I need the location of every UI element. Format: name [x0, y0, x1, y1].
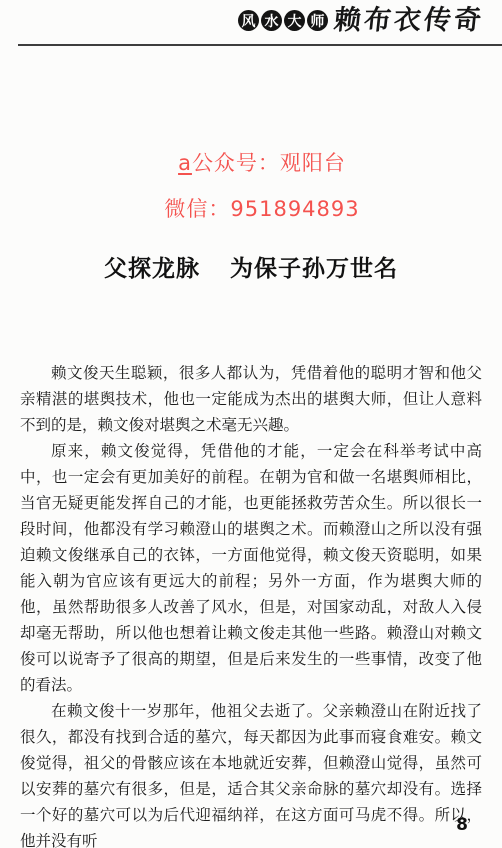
page-header: 风 水 大 师 赖布衣传奇: [238, 7, 484, 34]
chapter-title: 父探龙脉为保子孙万世名: [0, 250, 502, 283]
series-badge-group: 风 水 大 师: [238, 10, 328, 31]
watermark-prefix: a: [178, 151, 192, 175]
book-title-calligraphy: 赖布衣传奇: [333, 7, 486, 34]
series-badge-char: 大: [284, 10, 305, 31]
paragraph: 在赖文俊十一岁那年，他祖父去逝了。父亲赖澄山在附近找了很久，都没有找到合适的墓穴…: [20, 699, 482, 848]
series-badge-char: 水: [261, 10, 282, 31]
watermark-account-text: 公众号：观阳台: [192, 151, 346, 175]
body-text: 赖文俊天生聪颖，很多人都认为，凭借着他的聪明才智和他父亲精湛的堪舆技术，他也一定…: [20, 361, 482, 848]
paragraph: 原来，赖文俊觉得，凭借他的才能，一定会在科举考试中高中，也一定会有更加美好的前程…: [20, 439, 482, 699]
page-number: 8: [456, 815, 468, 835]
chapter-title-part1: 父探龙脉: [104, 256, 200, 282]
series-badge-char: 师: [307, 10, 328, 31]
chapter-title-part2: 为保子孙万世名: [230, 256, 398, 282]
watermark-wechat: 微信：951894893: [11, 193, 502, 223]
header-divider: [18, 44, 502, 46]
paragraph: 赖文俊天生聪颖，很多人都认为，凭借着他的聪明才智和他父亲精湛的堪舆技术，他也一定…: [20, 361, 482, 439]
watermark-public-account: a公众号：观阳台: [11, 147, 502, 177]
series-badge-char: 风: [238, 10, 259, 31]
